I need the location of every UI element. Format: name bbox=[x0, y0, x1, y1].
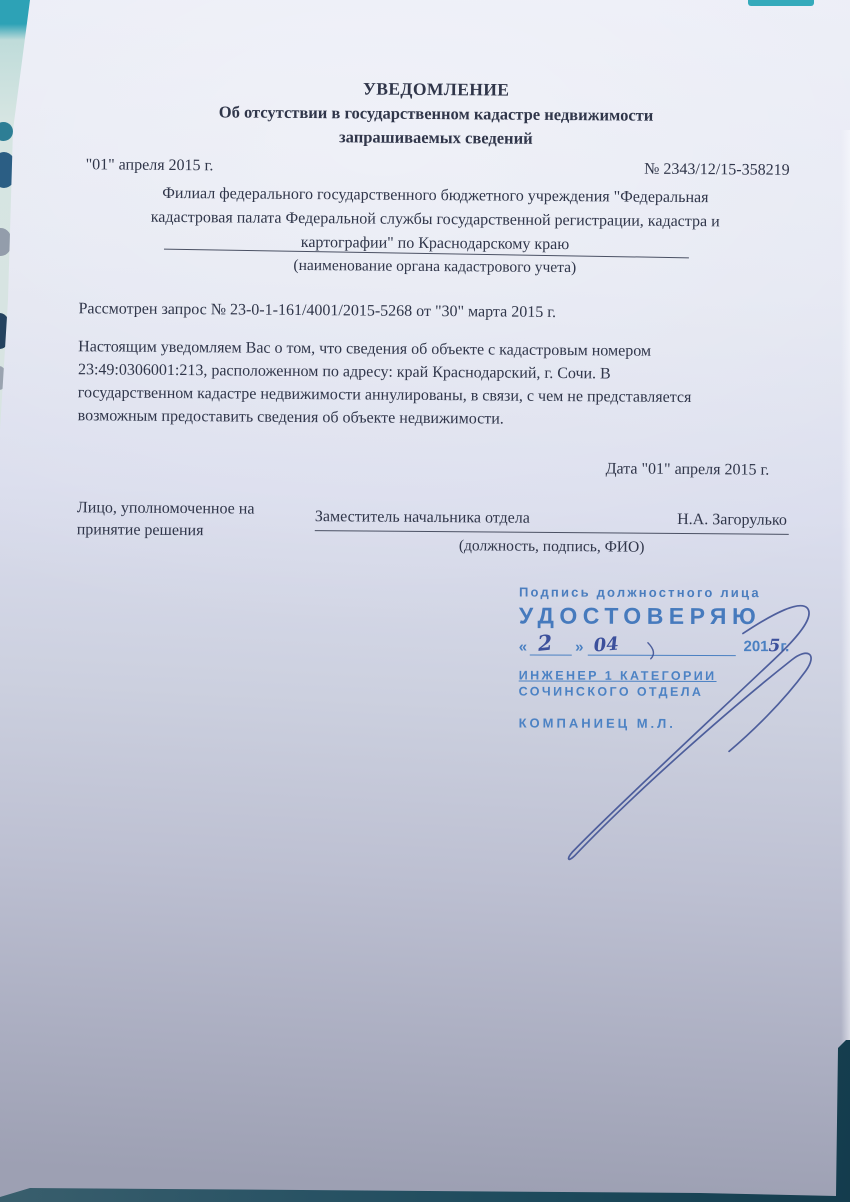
document: УВЕДОМЛЕНИЕ Об отсутствии в государствен… bbox=[0, 0, 850, 1202]
handwritten-signature bbox=[0, 0, 850, 1202]
